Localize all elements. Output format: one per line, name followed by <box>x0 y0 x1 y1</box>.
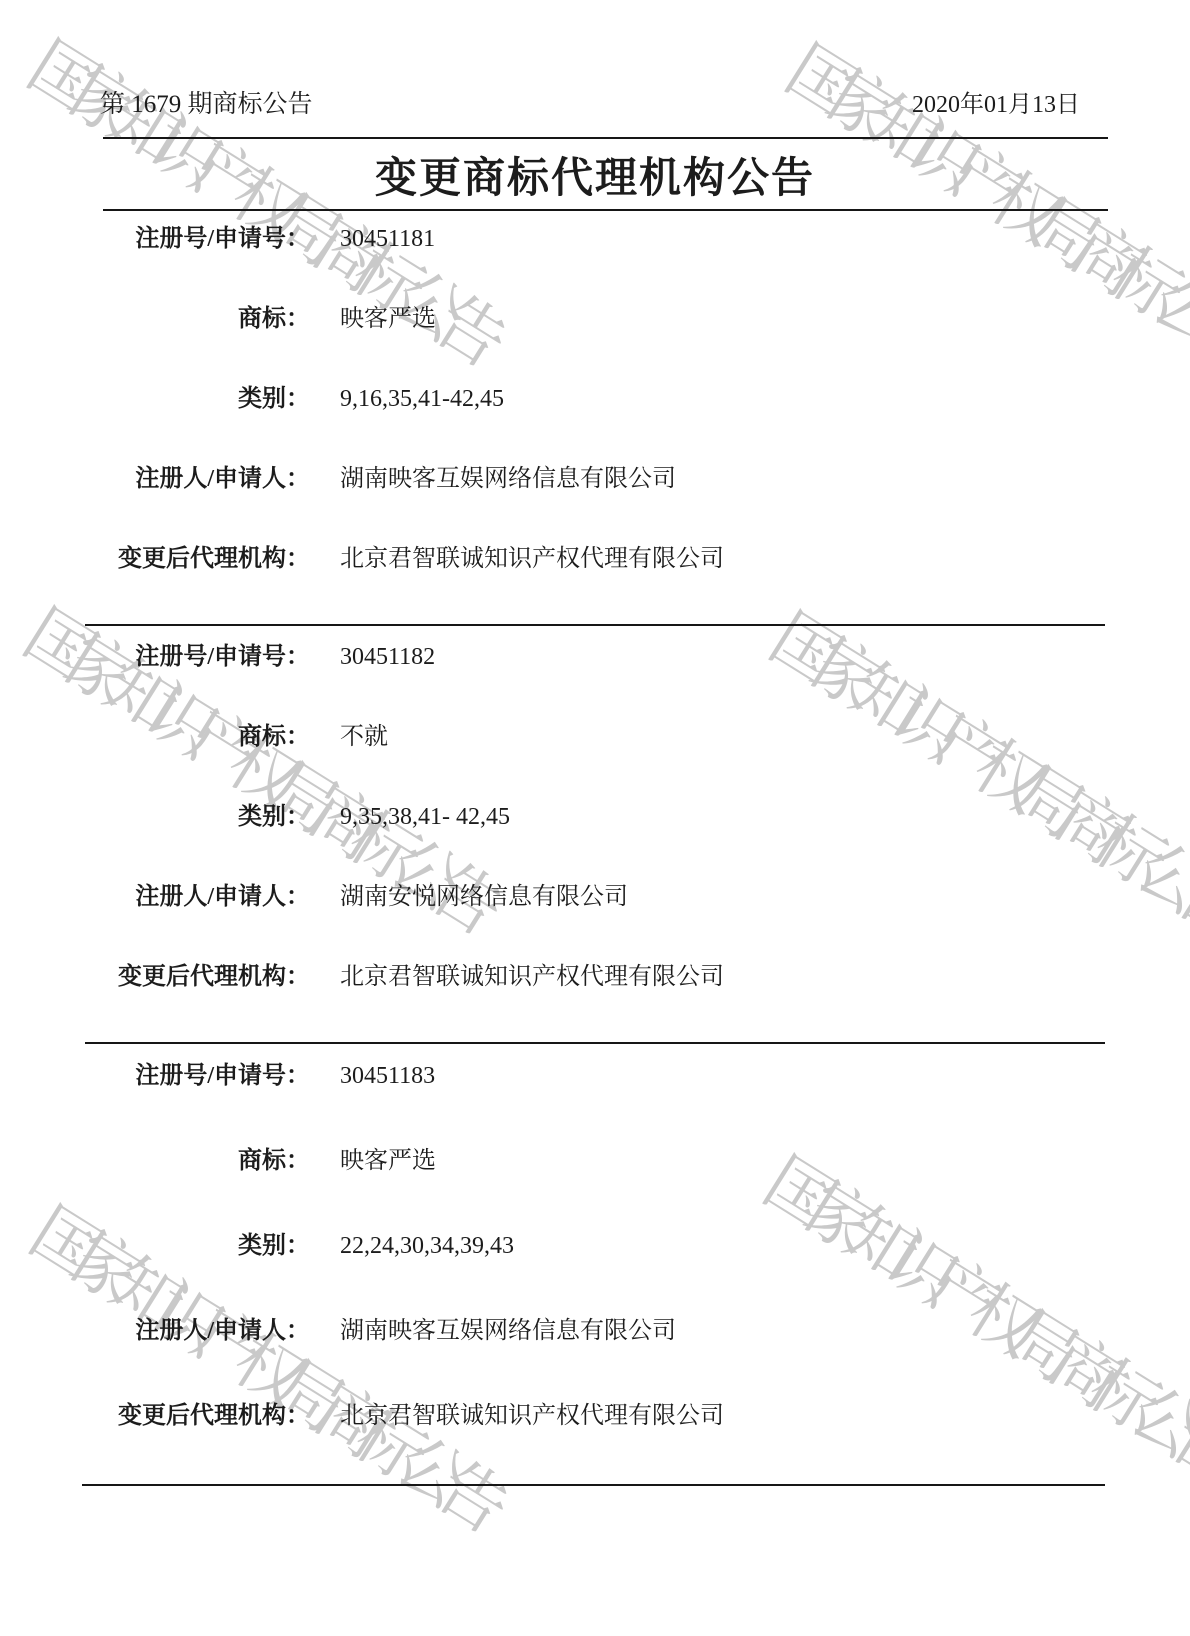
field-row: 类别： 9,35,38,41- 42,45 <box>0 802 1190 832</box>
gazette-issue-number: 第 1679 期商标公告 <box>100 90 313 120</box>
field-value: 9,16,35,41-42,45 <box>340 384 504 414</box>
field-value: 北京君智联诚知识产权代理有限公司 <box>340 962 724 992</box>
field-value: 映客严选 <box>340 1146 436 1176</box>
field-row: 注册号/申请号： 30451183 <box>0 1061 1190 1091</box>
field-label: 商标： <box>0 1146 310 1176</box>
gazette-date: 2020年01月13日 <box>912 90 1080 120</box>
field-label: 类别： <box>0 802 310 832</box>
field-row: 注册人/申请人： 湖南映客互娱网络信息有限公司 <box>0 1316 1190 1346</box>
field-row: 类别： 9,16,35,41-42,45 <box>0 384 1190 414</box>
field-value: 9,35,38,41- 42,45 <box>340 802 510 832</box>
gazette-page: 第 1679 期商标公告 2020年01月13日 变更商标代理机构公告 注册号/… <box>0 0 1190 1486</box>
field-row: 变更后代理机构： 北京君智联诚知识产权代理有限公司 <box>0 962 1190 992</box>
field-value: 30451181 <box>340 224 435 254</box>
field-value: 22,24,30,34,39,43 <box>340 1231 514 1261</box>
field-label: 商标： <box>0 304 310 334</box>
field-value: 30451182 <box>340 642 435 672</box>
field-label: 变更后代理机构： <box>0 1401 310 1431</box>
field-value: 北京君智联诚知识产权代理有限公司 <box>340 1401 724 1431</box>
field-label: 注册人/申请人： <box>0 882 310 912</box>
page-header: 第 1679 期商标公告 2020年01月13日 <box>0 0 1190 120</box>
field-row: 变更后代理机构： 北京君智联诚知识产权代理有限公司 <box>0 1401 1190 1431</box>
field-label: 注册人/申请人： <box>0 464 310 494</box>
field-label: 注册号/申请号： <box>0 642 310 672</box>
field-value: 映客严选 <box>340 304 436 334</box>
page-title: 变更商标代理机构公告 <box>0 152 1190 207</box>
field-label: 类别： <box>0 384 310 414</box>
record-2: 注册号/申请号： 30451182 商标： 不就 类别： 9,35,38,41-… <box>0 626 1190 992</box>
record-3: 注册号/申请号： 30451183 商标： 映客严选 类别： 22,24,30,… <box>0 1044 1190 1431</box>
field-label: 注册号/申请号： <box>0 224 310 254</box>
field-row: 注册号/申请号： 30451181 <box>0 224 1190 254</box>
record-1: 注册号/申请号： 30451181 商标： 映客严选 类别： 9,16,35,4… <box>0 211 1190 574</box>
field-label: 变更后代理机构： <box>0 962 310 992</box>
field-row: 类别： 22,24,30,34,39,43 <box>0 1231 1190 1261</box>
field-value: 湖南映客互娱网络信息有限公司 <box>340 464 676 494</box>
field-label: 变更后代理机构： <box>0 544 310 574</box>
header-rule-top <box>103 137 1108 139</box>
field-row: 注册人/申请人： 湖南映客互娱网络信息有限公司 <box>0 464 1190 494</box>
field-label: 商标： <box>0 722 310 752</box>
field-value: 30451183 <box>340 1061 435 1091</box>
field-row: 变更后代理机构： 北京君智联诚知识产权代理有限公司 <box>0 544 1190 574</box>
field-row: 注册人/申请人： 湖南安悦网络信息有限公司 <box>0 882 1190 912</box>
field-value: 北京君智联诚知识产权代理有限公司 <box>340 544 724 574</box>
page-bottom-rule <box>82 1484 1105 1486</box>
field-row: 注册号/申请号： 30451182 <box>0 642 1190 672</box>
field-label: 注册人/申请人： <box>0 1316 310 1346</box>
field-label: 注册号/申请号： <box>0 1061 310 1091</box>
field-value: 不就 <box>340 722 388 752</box>
field-label: 类别： <box>0 1231 310 1261</box>
field-row: 商标： 映客严选 <box>0 1146 1190 1176</box>
field-value: 湖南映客互娱网络信息有限公司 <box>340 1316 676 1346</box>
field-row: 商标： 不就 <box>0 722 1190 752</box>
field-row: 商标： 映客严选 <box>0 304 1190 334</box>
field-value: 湖南安悦网络信息有限公司 <box>340 882 628 912</box>
